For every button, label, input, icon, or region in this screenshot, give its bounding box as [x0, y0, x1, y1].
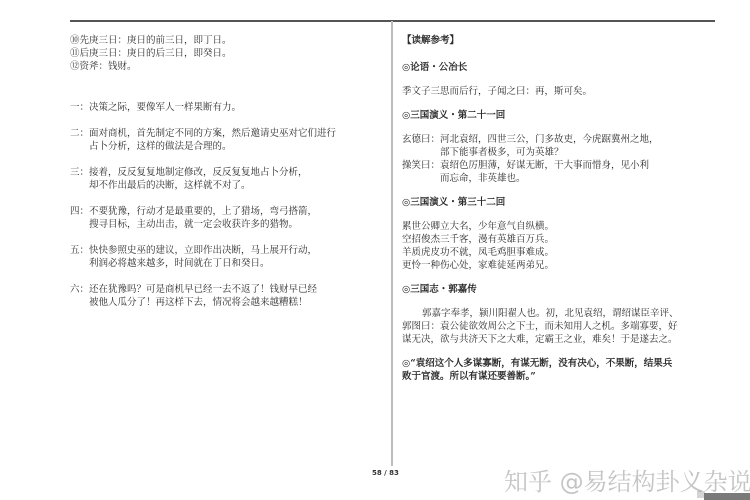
- footnotes: ⑩先庚三日：庚日的前三日，即丁日。 ⑪后庚三日：庚日的后三日，即癸日。 ⑫资斧：…: [70, 34, 370, 73]
- point-text: 快快参照史巫的建议，立即作出决断，马上展开行动，: [89, 244, 370, 257]
- footnote-11: ⑪后庚三日：庚日的后三日，即癸日。: [70, 47, 370, 60]
- watermark: 知乎 @易结构卦义杂说: [504, 462, 750, 497]
- commentary: ◎“袁绍这个人多谋寡断，有谋无断，没有决心，不果断，结果兵: [402, 357, 722, 370]
- point-text: 面对商机，首先制定不同的方案，然后邀请史巫对它们进行: [89, 127, 370, 140]
- point-text: 搜寻目标，主动出击，就一定会收获许多的猎物。: [89, 218, 370, 231]
- column-divider: [391, 21, 393, 466]
- section-text: 郭图曰：袁公徒欲效周公之下士，而未知用人之机。多端寡要，好: [402, 320, 722, 333]
- point-label: 六：: [70, 283, 89, 309]
- corner-bar: [704, 493, 750, 500]
- section-heading-lunyu: ◎论语・公冶长: [402, 61, 722, 74]
- poem-line: 羊质虎皮功不就，凤毛鸡胆事难成。: [402, 246, 722, 259]
- point-6: 六： 还在犹豫吗？可是商机早已经一去不返了！钱财早已经 被他人瓜分了！再这样下去…: [70, 283, 370, 309]
- point-label: 二：: [70, 127, 89, 153]
- point-text: 接着，反反复复地制定修改，反反复复地占卜分析，: [89, 166, 370, 179]
- dialogue-text: 部下能事者极多，可为英雄？: [440, 146, 722, 159]
- section-heading-sanguo-21: ◎三国演义・第二十一回: [402, 109, 722, 122]
- point-text: 被他人瓜分了！再这样下去，情况将会越来越糟糕！: [89, 296, 370, 309]
- dialogue-text: 河北袁绍，四世三公，门多故吏，今虎踞冀州之地，: [440, 133, 722, 146]
- top-rule: [70, 20, 715, 22]
- point-text: 却不作出最后的决断，这样就不对了。: [89, 179, 370, 192]
- right-column: 【读解参考】 ◎论语・公冶长 季文子三思而后行，子闻之曰：再，斯可矣。 ◎三国演…: [402, 34, 722, 383]
- speaker: 操笑曰：: [402, 159, 440, 185]
- poem-line: 空招俊杰三千客，漫有英雄百万兵。: [402, 233, 722, 246]
- footnote-12: ⑫资斧：钱财。: [70, 60, 370, 73]
- section-text: 季文子三思而后行，子闻之曰：再，斯可矣。: [402, 85, 722, 98]
- point-text: 占卜分析，这样的做法是合理的。: [89, 140, 370, 153]
- point-text: 利润必将越来越多，时间就在丁日和癸日。: [89, 257, 370, 270]
- point-4: 四： 不要犹豫，行动才是最重要的，上了猎场，弯弓搭箭， 搜寻目标，主动出击，就一…: [70, 205, 370, 231]
- poem-line: 更怜一种伤心处，家难徒延两弟兄。: [402, 259, 722, 272]
- dialogue-text: 而忘命，非英雄也。: [440, 172, 722, 185]
- section-text: 郭嘉字奉孝，颍川阳翟人也。初，北见袁绍，谓绍谋臣辛评、: [402, 307, 722, 320]
- dialogue-text: 袁绍色厉胆薄，好谋无断，干大事而惜身，见小利: [440, 159, 722, 172]
- point-label: 三：: [70, 166, 89, 192]
- section-heading-sanguozhi: ◎三国志・郭嘉传: [402, 283, 722, 296]
- point-text: 还在犹豫吗？可是商机早已经一去不返了！钱财早已经: [89, 283, 370, 296]
- speaker: 玄德曰：: [402, 133, 440, 159]
- point-text: 不要犹豫，行动才是最重要的，上了猎场，弯弓搭箭，: [89, 205, 370, 218]
- left-column: ⑩先庚三日：庚日的前三日，即丁日。 ⑪后庚三日：庚日的后三日，即癸日。 ⑫资斧：…: [70, 34, 370, 309]
- point-3: 三： 接着，反反复复地制定修改，反反复复地占卜分析， 却不作出最后的决断，这样就…: [70, 166, 370, 192]
- point-5: 五： 快快参照史巫的建议，立即作出决断，马上展开行动， 利润必将越来越多，时间就…: [70, 244, 370, 270]
- poem-line: 累世公卿立大名，少年意气自纵横。: [402, 220, 722, 233]
- page-number: 58 / 83: [372, 469, 399, 477]
- dialogue-cao: 操笑曰： 袁绍色厉胆薄，好谋无断，干大事而惜身，见小利 而忘命，非英雄也。: [402, 159, 722, 185]
- commentary: 败于官渡。所以有谋还要善断。”: [402, 370, 722, 383]
- reference-title: 【读解参考】: [402, 34, 722, 47]
- dialogue-xuande: 玄德曰： 河北袁绍，四世三公，门多故吏，今虎踞冀州之地， 部下能事者极多，可为英…: [402, 133, 722, 159]
- point-label: 四：: [70, 205, 89, 231]
- point-1: 一： 决策之际，要像军人一样果断有力。: [70, 101, 370, 114]
- point-2: 二： 面对商机，首先制定不同的方案，然后邀请史巫对它们进行 占卜分析，这样的做法…: [70, 127, 370, 153]
- footnote-10: ⑩先庚三日：庚日的前三日，即丁日。: [70, 34, 370, 47]
- point-label: 一：: [70, 101, 89, 114]
- section-heading-sanguo-32: ◎三国演义・第三十二回: [402, 196, 722, 209]
- point-text: 决策之际，要像军人一样果断有力。: [89, 101, 370, 114]
- section-text: 谋无决，欲与共济天下之大难，定霸王之业，难矣！于是遂去之。: [402, 333, 722, 346]
- point-label: 五：: [70, 244, 89, 270]
